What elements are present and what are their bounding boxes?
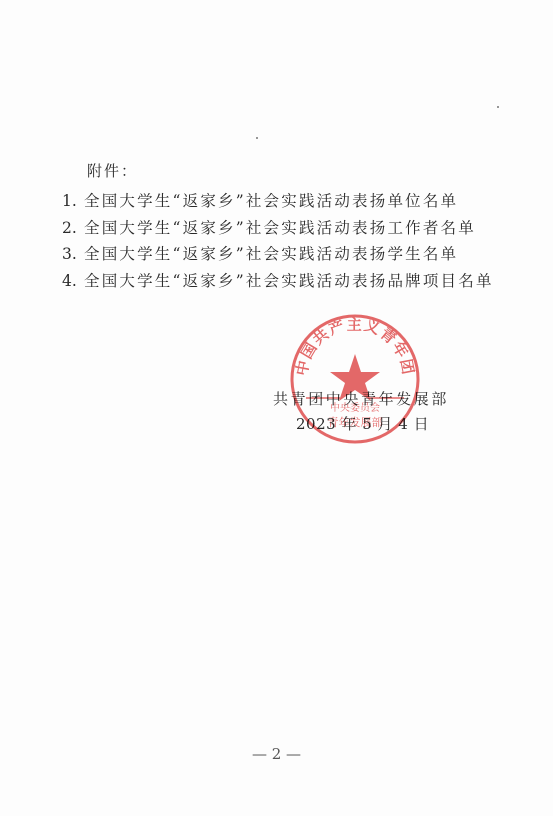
attachment-item: 2.全国大学生“返家乡”社会实践活动表扬工作者名单 — [62, 216, 494, 243]
attachments-list: 1.全国大学生“返家乡”社会实践活动表扬单位名单 2.全国大学生“返家乡”社会实… — [62, 189, 494, 295]
attachment-item: 4.全国大学生“返家乡”社会实践活动表扬品牌项目名单 — [62, 269, 494, 296]
page-number: — 2 — — [0, 745, 553, 763]
attachment-title: 全国大学生“返家乡”社会实践活动表扬单位名单 — [84, 192, 458, 210]
attachment-number: 1. — [62, 192, 84, 210]
attachment-title: 全国大学生“返家乡”社会实践活动表扬品牌项目名单 — [84, 272, 494, 290]
scan-speck — [256, 137, 258, 139]
attachments-heading: 附件： — [87, 160, 138, 181]
star-icon — [330, 354, 380, 401]
seal-line1: 中央委员会 — [330, 401, 380, 414]
attachment-number: 4. — [62, 272, 84, 290]
attachment-title: 全国大学生“返家乡”社会实践活动表扬工作者名单 — [84, 219, 476, 237]
attachment-item: 1.全国大学生“返家乡”社会实践活动表扬单位名单 — [62, 189, 494, 216]
attachment-number: 3. — [62, 245, 84, 263]
seal-line2: 青年发展部 — [328, 415, 383, 429]
scan-speck — [497, 106, 499, 108]
attachment-item: 3.全国大学生“返家乡”社会实践活动表扬学生名单 — [62, 242, 494, 269]
attachment-number: 2. — [62, 219, 84, 237]
official-seal: 中国共产主义青年团 中央委员会 青年发展部 — [288, 312, 422, 446]
attachment-title: 全国大学生“返家乡”社会实践活动表扬学生名单 — [84, 245, 458, 263]
